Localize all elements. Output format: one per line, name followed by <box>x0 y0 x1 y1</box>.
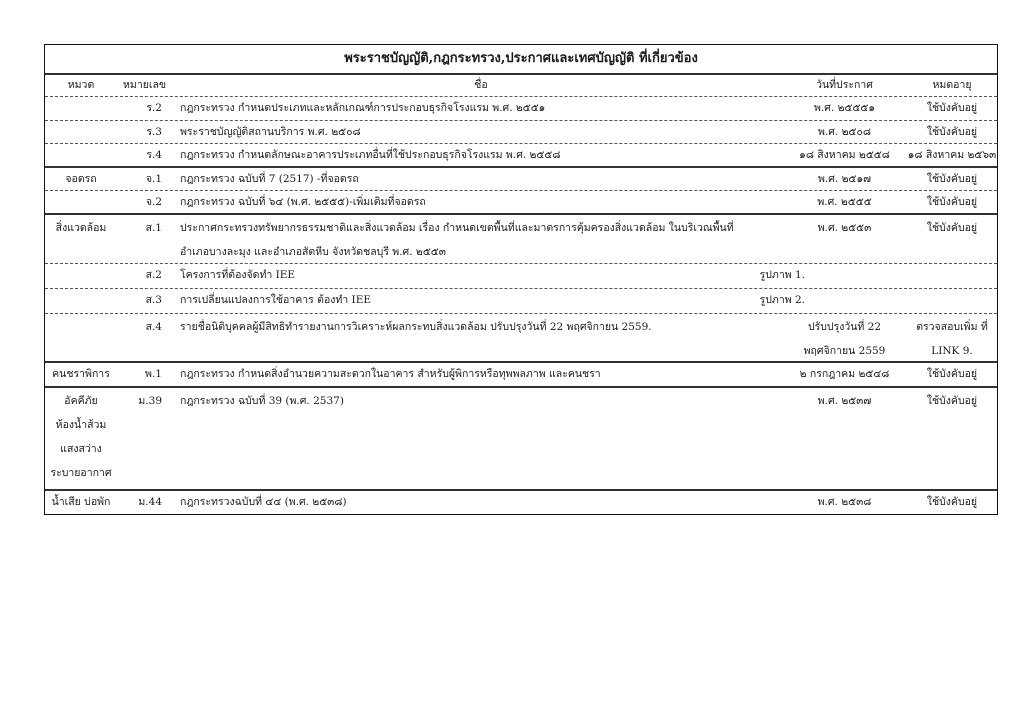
row-expiry: ใช้บังคับอยู่ <box>907 97 997 120</box>
table-row: สิ่งแวดล้อม ส.1 ประกาศกระทรวงทรัพยากรธรร… <box>45 215 997 264</box>
row-expiry: ใช้บังคับอยู่ <box>907 491 997 515</box>
row-number: จ.1 <box>117 168 170 191</box>
table-row: ร.2 กฎกระทรวง กำหนดประเภทและหลักเกณฑ์การ… <box>45 97 997 121</box>
row-name: กฎกระทรวง กำหนดสิ่งอำนวยความสะดวกในอาคาร… <box>170 363 782 386</box>
header-name: ชื่อ <box>170 75 782 96</box>
row-announce-date: พ.ศ. ๒๕๐๘ <box>782 121 907 144</box>
header-row: หมวด หมายเลข ชื่อ วันที่ประกาศ หมดอายุ <box>45 75 997 97</box>
row-category-line: ระบายอากาศ <box>45 461 117 485</box>
row-name: พระราชบัญญัติสถานบริการ พ.ศ. ๒๕๐๘ <box>170 121 782 144</box>
header-number: หมายเลข <box>117 75 170 96</box>
row-name: รายชื่อนิติบุคคลผู้มีสิทธิทำรายงานการวิเ… <box>170 314 782 361</box>
header-announce-date: วันที่ประกาศ <box>782 75 907 96</box>
table-title: พระราชบัญญัติ,กฎกระทรวง,ประกาศและเทศบัญญ… <box>45 45 997 75</box>
row-name: ประกาศกระทรวงทรัพยากรธรรมชาติและสิ่งแวดล… <box>170 215 782 263</box>
header-category: หมวด <box>45 75 117 96</box>
row-announce-date: พ.ศ. ๒๕๕๓ <box>782 215 907 263</box>
header-expiry: หมดอายุ <box>907 75 997 96</box>
row-category: สิ่งแวดล้อม <box>45 215 117 263</box>
row-expiry[interactable]: ตรวจสอบเพิ่ม ที่ LINK 9. <box>907 314 997 361</box>
row-name: กฎกระทรวง กำหนดลักษณะอาคารประเภทอื่นที่ใ… <box>170 144 782 166</box>
row-number: ร.4 <box>117 144 170 166</box>
row-announce-date: พ.ศ. ๒๕๑๗ <box>782 168 907 191</box>
table-row: คนชราพิการ พ.1 กฎกระทรวง กำหนดสิ่งอำนวยค… <box>45 363 997 388</box>
row-name: กฎกระทรวง ฉบับที่ 7 (2517) -ที่จอดรถ <box>170 168 782 191</box>
row-name: กฎกระทรวงฉบับที่ ๔๔ (พ.ศ. ๒๕๓๘) <box>170 491 782 515</box>
row-category <box>45 121 117 144</box>
table-row: จ.2 กฎกระทรวง ฉบับที่ ๖๔ (พ.ศ. ๒๕๕๕)-เพิ… <box>45 191 997 215</box>
row-expiry: ใช้บังคับอยู่ <box>907 168 997 191</box>
row-name: กฎกระทรวง ฉบับที่ ๖๔ (พ.ศ. ๒๕๕๕)-เพิ่มเต… <box>170 191 782 213</box>
row-announce-date: ๑๘ สิงหาคม ๒๕๕๘ <box>782 144 907 166</box>
row-expiry: ใช้บังคับอยู่ <box>907 388 997 489</box>
row-date-line: พฤศจิกายน 2559 <box>782 339 907 363</box>
row-category <box>45 191 117 213</box>
row-expiry: ๑๘ สิงหาคม ๒๕๖๓ <box>907 144 997 166</box>
row-category <box>45 289 117 313</box>
row-expiry: ใช้บังคับอยู่ <box>907 363 997 386</box>
row-number: ส.1 <box>117 215 170 263</box>
row-category-line: ห้องน้ำส้วม <box>45 413 117 437</box>
row-name: การเปลี่ยนแปลงการใช้อาคาร ต้องทำ IEE <box>170 289 640 313</box>
table-row: อัคคีภัย ห้องน้ำส้วม แสงสว่าง ระบายอากาศ… <box>45 388 997 491</box>
row-number: ส.3 <box>117 289 170 313</box>
row-expiry: ใช้บังคับอยู่ <box>907 191 997 213</box>
row-category: อัคคีภัย ห้องน้ำส้วม แสงสว่าง ระบายอากาศ <box>45 388 117 489</box>
row-number: ร.2 <box>117 97 170 120</box>
row-category: น้ำเสีย บ่อพัก <box>45 491 117 515</box>
row-category <box>45 314 117 361</box>
row-number: ส.2 <box>117 264 170 288</box>
row-category-line: อัคคีภัย <box>45 389 117 413</box>
row-note-link[interactable]: รูปภาพ 2. <box>640 289 897 313</box>
row-name-line: ประกาศกระทรวงทรัพยากรธรรมชาติและสิ่งแวดล… <box>180 216 782 240</box>
row-category: จอดรถ <box>45 168 117 191</box>
table-row: ส.4 รายชื่อนิติบุคคลผู้มีสิทธิทำรายงานกา… <box>45 314 997 363</box>
row-name: กฎกระทรวง ฉบับที่ 39 (พ.ศ. 2537) <box>170 388 782 489</box>
table-row: น้ำเสีย บ่อพัก ม.44 กฎกระทรวงฉบับที่ ๔๔ … <box>45 491 997 515</box>
row-name: โครงการที่ต้องจัดทำ IEE <box>170 264 640 288</box>
row-announce-date: พ.ศ. ๒๕๓๘ <box>782 491 907 515</box>
table-row: จอดรถ จ.1 กฎกระทรวง ฉบับที่ 7 (2517) -ที… <box>45 168 997 192</box>
row-announce-date: ปรับปรุงวันที่ 22 พฤศจิกายน 2559 <box>782 314 907 361</box>
regulations-table: พระราชบัญญัติ,กฎกระทรวง,ประกาศและเทศบัญญ… <box>44 44 998 515</box>
row-expiry: ใช้บังคับอยู่ <box>907 215 997 263</box>
row-number: พ.1 <box>117 363 170 386</box>
row-name-line: อำเภอบางละมุง และอำเภอสัตหีบ จังหวัดชลบุ… <box>180 240 782 264</box>
row-announce-date: ๒ กรกฎาคม ๒๕๔๘ <box>782 363 907 386</box>
row-announce-date: พ.ศ. ๒๕๕๕๑ <box>782 97 907 120</box>
table-row: ร.4 กฎกระทรวง กำหนดลักษณะอาคารประเภทอื่น… <box>45 144 997 168</box>
row-note-link[interactable]: รูปภาพ 1. <box>640 264 897 288</box>
row-number: ม.39 <box>117 388 170 489</box>
row-category: คนชราพิการ <box>45 363 117 386</box>
row-category <box>45 144 117 166</box>
row-expiry: ใช้บังคับอยู่ <box>907 121 997 144</box>
row-number: ม.44 <box>117 491 170 515</box>
row-announce-date: พ.ศ. ๒๕๓๗ <box>782 388 907 489</box>
row-name: กฎกระทรวง กำหนดประเภทและหลักเกณฑ์การประก… <box>170 97 782 120</box>
row-category <box>45 264 117 288</box>
row-date-line: ปรับปรุงวันที่ 22 <box>782 315 907 339</box>
table-row: ร.3 พระราชบัญญัติสถานบริการ พ.ศ. ๒๕๐๘ พ.… <box>45 121 997 145</box>
row-announce-date: พ.ศ. ๒๕๕๕ <box>782 191 907 213</box>
row-category <box>45 97 117 120</box>
row-number: ส.4 <box>117 314 170 361</box>
table-row: ส.2 โครงการที่ต้องจัดทำ IEE รูปภาพ 1. <box>45 264 997 289</box>
link-9[interactable]: LINK 9. <box>907 339 997 363</box>
row-number: ร.3 <box>117 121 170 144</box>
row-category-line: แสงสว่าง <box>45 437 117 461</box>
table-row: ส.3 การเปลี่ยนแปลงการใช้อาคาร ต้องทำ IEE… <box>45 289 997 314</box>
row-expiry-line: ตรวจสอบเพิ่ม ที่ <box>907 315 997 339</box>
row-number: จ.2 <box>117 191 170 213</box>
